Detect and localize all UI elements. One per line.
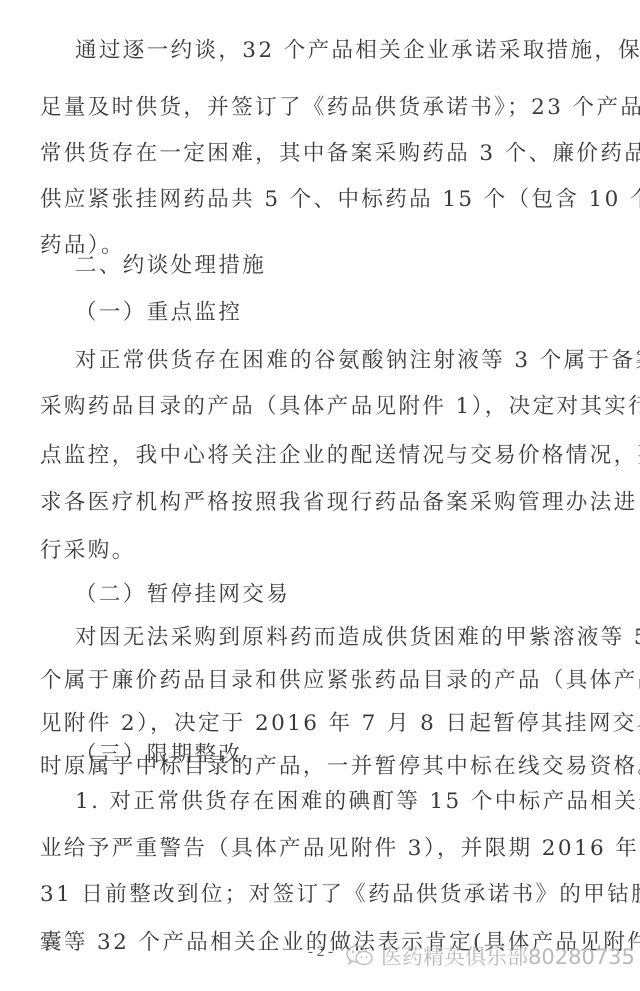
paragraph-1-line-1: 通过逐一约谈，32 个产品相关企业承诺采取措施，保证: [75, 38, 604, 64]
paragraph-3-line-2: 个属于廉价药品目录和供应紧张药品目录的产品（具体产品: [40, 668, 604, 694]
watermark-text: 医药精英俱乐部80280735: [381, 941, 635, 971]
paragraph-1-line-2: 足量及时供货，并签订了《药品供货承诺书》；23 个产品正: [40, 95, 604, 121]
paragraph-4-line-2: 业给予严重警告（具体产品见附件 3），并限期 2016 年 8 月: [40, 836, 604, 862]
paragraph-2-line-3: 点监控，我中心将关注企业的配送情况与交易价格情况，要: [40, 443, 604, 469]
subsection-heading-3: （三）限期整改: [75, 742, 604, 768]
paragraph-1-line-4: 供应紧张挂网药品共 5 个、中标药品 15 个（包含 10 个低价: [40, 187, 604, 213]
subsection-heading-1: （一）重点监控: [75, 300, 604, 326]
wechat-icon: [345, 944, 375, 968]
paragraph-1-line-3: 常供货存在一定困难，其中备案采购药品 3 个、廉价药品和: [40, 141, 604, 167]
paragraph-4-line-3: 31 日前整改到位；对签订了《药品供货承诺书》的甲钴胺胶: [40, 882, 604, 908]
page-number: - 2 -: [308, 944, 333, 961]
paragraph-2-line-4: 求各医疗机构严格按照我省现行药品备案采购管理办法进: [40, 490, 604, 516]
paragraph-2-line-2: 采购药品目录的产品（具体产品见附件 1），决定对其实行重: [40, 394, 604, 420]
paragraph-4-line-1: 1. 对正常供货存在困难的碘酊等 15 个中标产品相关企: [75, 789, 604, 815]
watermark: 医药精英俱乐部80280735: [345, 941, 635, 971]
document-page: 通过逐一约谈，32 个产品相关企业承诺采取措施，保证 足量及时供货，并签订了《药…: [0, 0, 640, 991]
subsection-heading-2: （二）暂停挂网交易: [75, 582, 604, 608]
section-heading: 二、约谈处理措施: [75, 253, 604, 279]
paragraph-3-line-3: 见附件 2），决定于 2016 年 7 月 8 日起暂停其挂网交易，同: [40, 711, 604, 737]
paragraph-2-line-5: 行采购。: [40, 538, 604, 564]
paragraph-2-line-1: 对正常供货存在困难的谷氨酸钠注射液等 3 个属于备案: [75, 348, 604, 374]
paragraph-3-line-1: 对因无法采购到原料药而造成供货困难的甲紫溶液等 5: [75, 625, 604, 651]
